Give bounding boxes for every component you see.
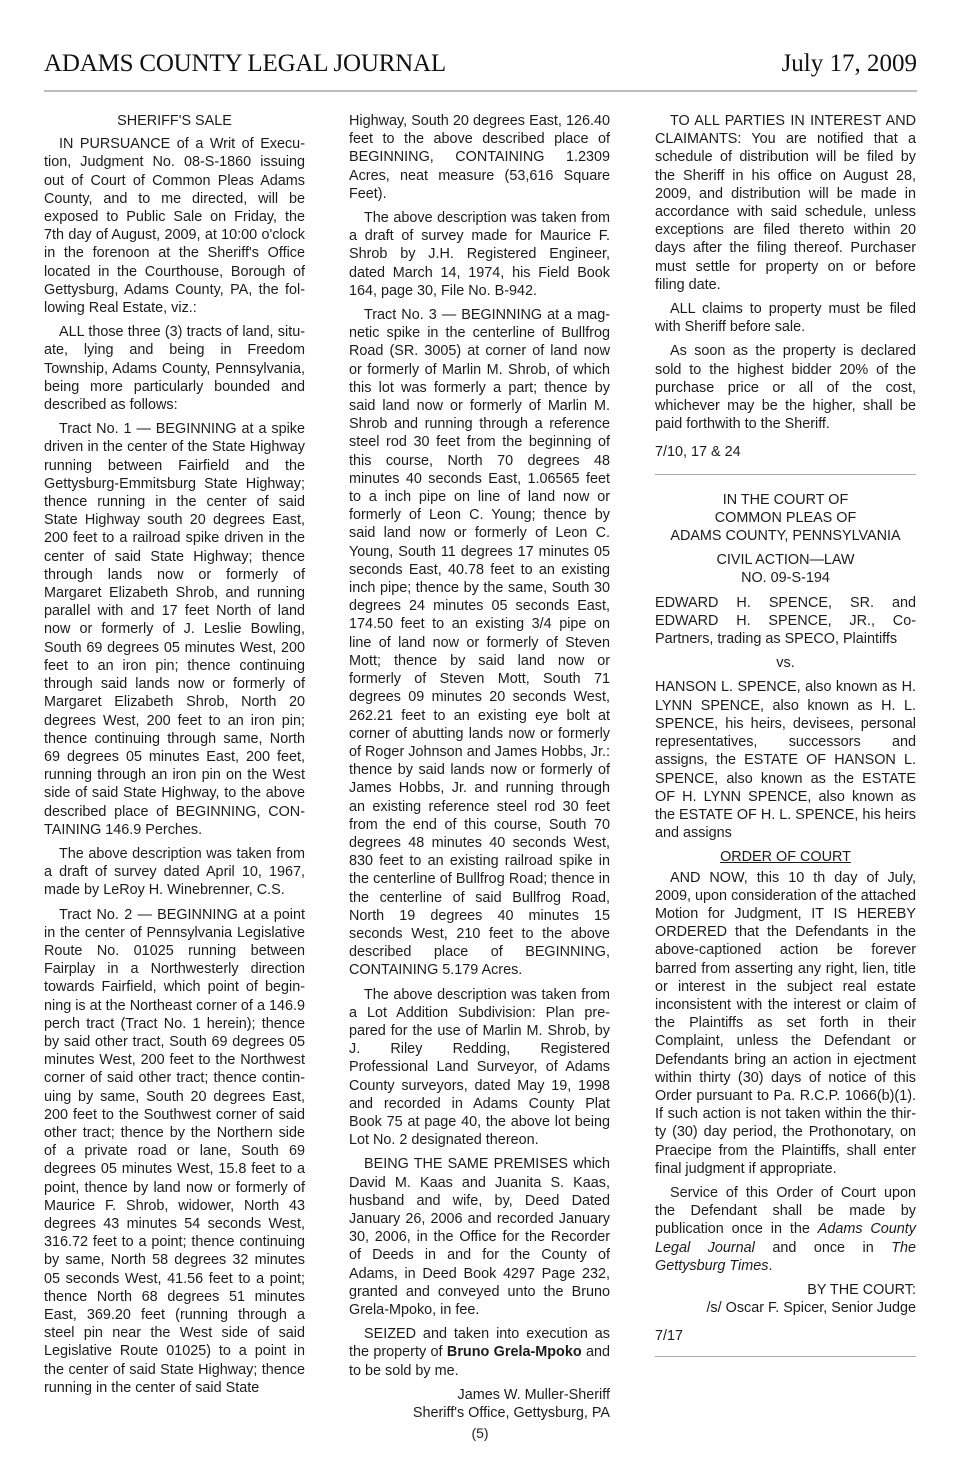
tract-1-source-paragraph: The above description was taken from a d… [44, 845, 305, 900]
order-of-court-heading: ORDER OF COURT [655, 848, 916, 866]
tract-2-source-paragraph: The above description was taken from a d… [349, 209, 610, 300]
column-left: SHERIFF'S SALE IN PURSUANCE of a Writ of… [44, 112, 305, 1403]
page-number: (5) [0, 1425, 960, 1441]
section-divider [655, 474, 916, 475]
section-divider [655, 1356, 916, 1357]
tract-3-source-paragraph: The above description was taken from a L… [349, 986, 610, 1150]
spacer [655, 1317, 916, 1327]
by-the-court-label: BY THE COURT: [655, 1281, 916, 1299]
defendant-name: Bruno Grela-Mpoko [447, 1344, 582, 1360]
service-text-end: . [768, 1258, 772, 1274]
notice-claims-paragraph: ALL claims to property must be filed wit… [655, 300, 916, 336]
case-number: NO. 09-S-194 [655, 569, 916, 587]
notice-parties-paragraph: TO ALL PARTIES IN INTEREST AND CLAIMANTS… [655, 112, 916, 294]
issue-date: July 17, 2009 [782, 50, 917, 78]
seized-paragraph: SEIZED and taken into execution as the p… [349, 1325, 610, 1380]
defendants-paragraph: HANSON L. SPENCE, also known as H. LYNN … [655, 678, 916, 842]
header-divider [44, 90, 917, 92]
being-same-premises-paragraph: BEING THE SAME PREMISES which David M. K… [349, 1155, 610, 1319]
court-line-2: COMMON PLEAS OF [655, 509, 916, 527]
journal-title: ADAMS COUNTY LEGAL JOURNAL [44, 50, 446, 78]
service-text-mid: and once in [755, 1240, 891, 1256]
versus-label: vs. [655, 654, 916, 672]
service-paragraph: Service of this Order of Court upon the … [655, 1184, 916, 1275]
sheriff-signature-name: James W. Muller-Sheriff [349, 1386, 610, 1404]
sheriff-sale-run-dates: 7/10, 17 & 24 [655, 443, 916, 461]
order-paragraph: AND NOW, this 10 th day of July, 2009, u… [655, 869, 916, 1178]
court-notice-run-date: 7/17 [655, 1327, 916, 1345]
civil-action-label: CIVIL ACTION—LAW [655, 551, 916, 569]
plaintiffs-paragraph: EDWARD H. SPENCE, SR. and EDWARD H. SPEN… [655, 594, 916, 649]
column-right: TO ALL PARTIES IN INTEREST AND CLAIMANTS… [655, 112, 916, 1373]
court-line-1: IN THE COURT OF [655, 491, 916, 509]
tract-2-continued-paragraph: Highway, South 20 degrees East, 126.40 f… [349, 112, 610, 203]
pursuance-paragraph: IN PURSUANCE of a Writ of Execu­tion, Ju… [44, 135, 305, 317]
tract-1-paragraph: Tract No. 1 — BEGINNING at a spike drive… [44, 420, 305, 839]
court-line-3: ADAMS COUNTY, PENNSYLVANIA [655, 527, 916, 545]
column-middle: Highway, South 20 degrees East, 126.40 f… [349, 112, 610, 1422]
judge-signature: /s/ Oscar F. Spicer, Senior Judge [655, 1299, 916, 1317]
all-tracts-paragraph: ALL those three (3) tracts of land, situ… [44, 323, 305, 414]
notice-payment-paragraph: As soon as the property is declared sold… [655, 342, 916, 433]
tract-2-paragraph: Tract No. 2 — BEGINNING at a point in th… [44, 906, 305, 1397]
tract-3-paragraph: Tract No. 3 — BEGINNING at a mag­netic s… [349, 306, 610, 980]
sheriff-signature-office: Sheriff's Office, Gettysburg, PA [349, 1404, 610, 1422]
sheriff-sale-heading: SHERIFF'S SALE [44, 112, 305, 130]
page-header: ADAMS COUNTY LEGAL JOURNAL July 17, 2009 [44, 50, 917, 80]
